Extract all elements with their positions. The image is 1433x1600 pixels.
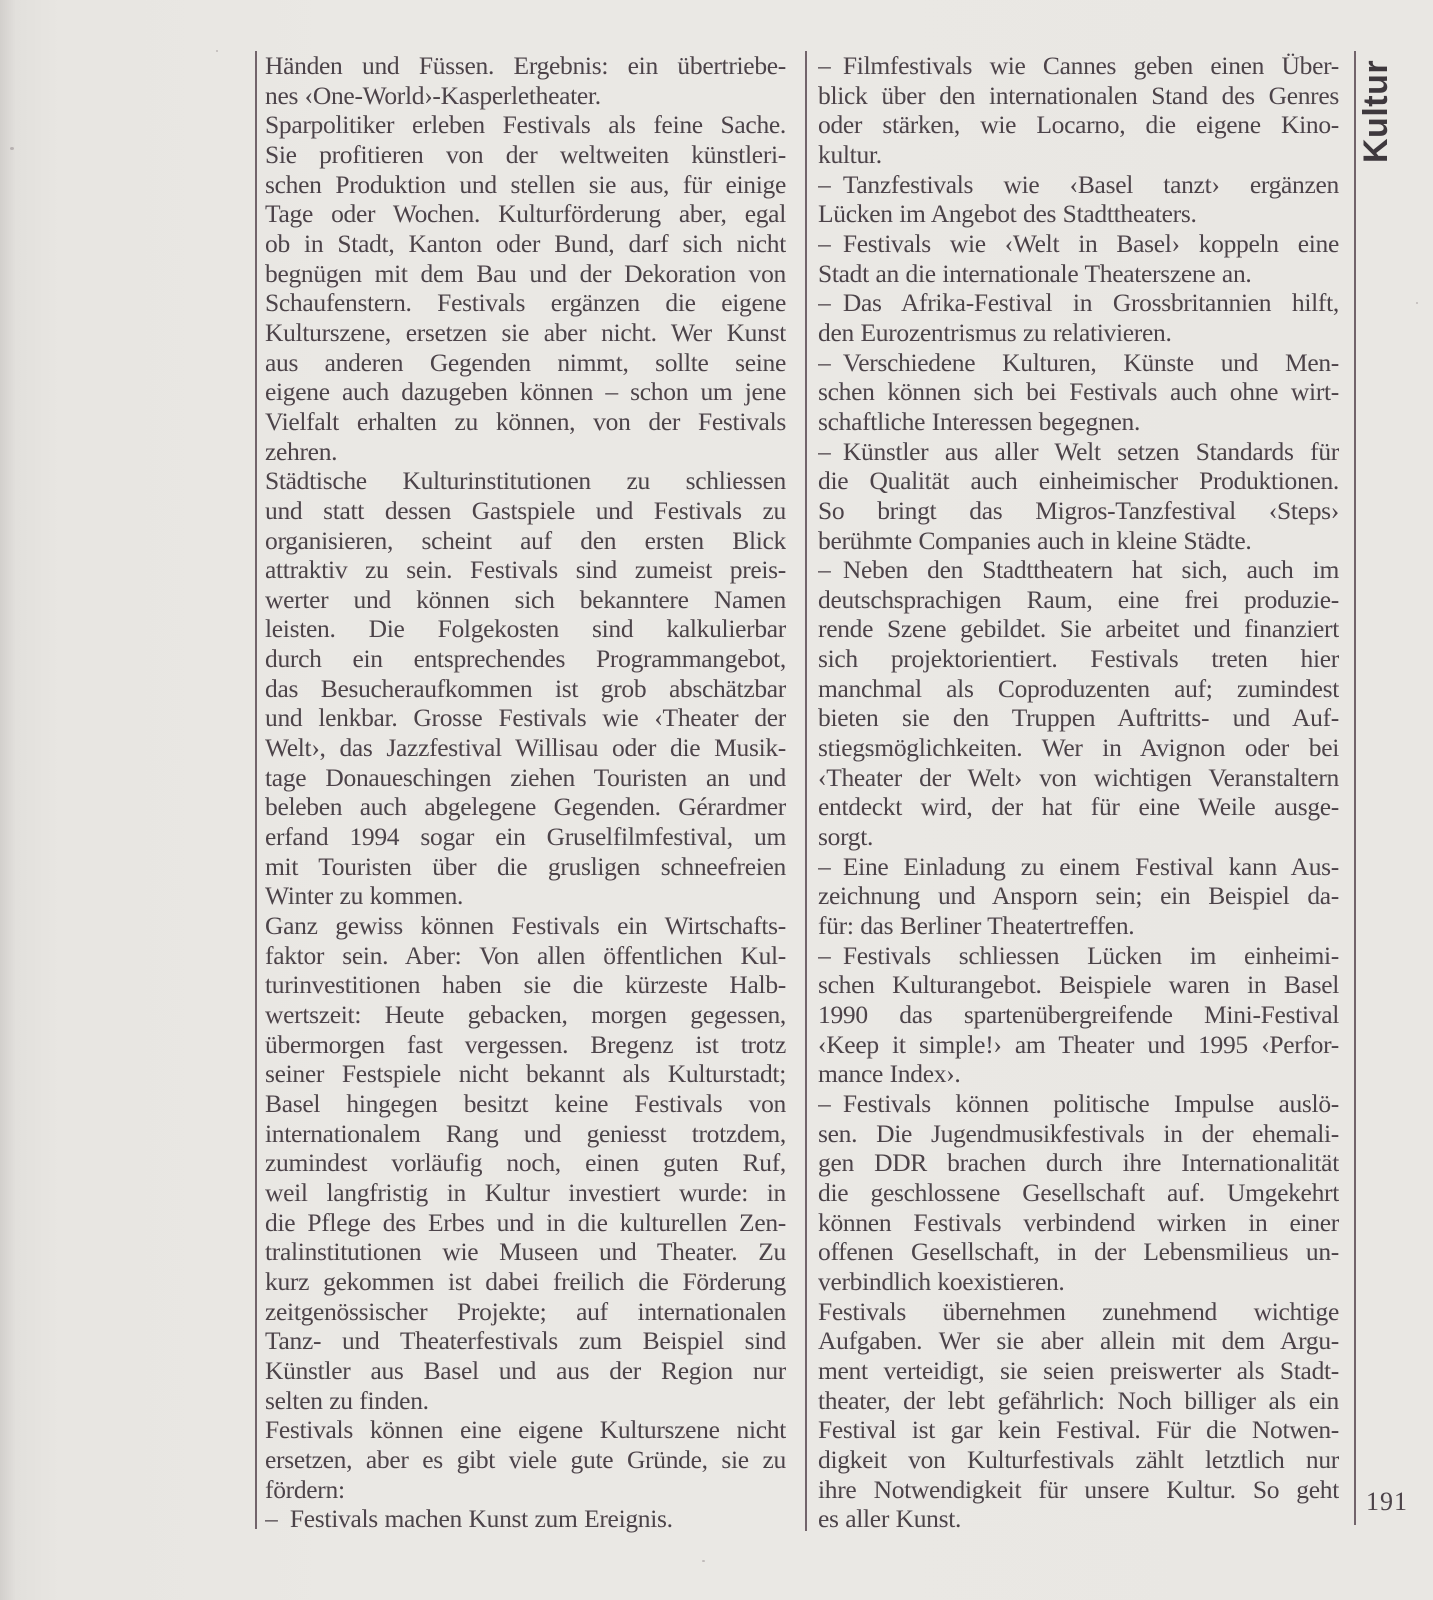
text-line: die Qualität auch einheimischer Produkti…	[818, 466, 1339, 496]
text-line: faktor sein. Aber: Von allen öffentliche…	[265, 941, 786, 971]
text-line: offenen Gesellschaft, in der Lebensmilie…	[818, 1237, 1339, 1267]
text-line: – Tanzfestivals wie ‹Basel tanzt› ergänz…	[818, 170, 1339, 200]
text-line: 1990 das spartenübergreifende Mini-Festi…	[818, 1000, 1339, 1030]
text-line: Basel hingegen besitzt keine Festivals v…	[265, 1089, 786, 1119]
text-line: mit Touristen über die grusligen schneef…	[265, 852, 786, 882]
text-line: internationalem Rang und geniesst trotzd…	[265, 1119, 786, 1149]
text-line: Stadt an die internationale Theaterszene…	[818, 259, 1339, 289]
text-line: das Besucheraufkommen ist grob abschätzb…	[265, 674, 786, 704]
text-line: gen DDR brachen durch ihre International…	[818, 1148, 1339, 1178]
scan-speck	[1416, 302, 1418, 304]
text-line: oder stärken, wie Locarno, die eigene Ki…	[818, 110, 1339, 140]
text-line: Festival ist gar kein Festival. Für die …	[818, 1415, 1339, 1445]
text-line: entdeckt wird, der hat für eine Weile au…	[818, 792, 1339, 822]
text-line: kultur.	[818, 140, 1339, 170]
text-line: turinvestitionen haben sie die kürzeste …	[265, 970, 786, 1000]
text-line: begnügen mit dem Bau und der Dekoration …	[265, 259, 786, 289]
text-line: – Festivals wie ‹Welt in Basel› koppeln …	[818, 229, 1339, 259]
text-line: Welt›, das Jazzfestival Willisau oder di…	[265, 733, 786, 763]
text-line: theater, der lebt gefährlich: Noch billi…	[818, 1386, 1339, 1416]
text-line: Lücken im Angebot des Stadttheaters.	[818, 199, 1339, 229]
text-line: für: das Berliner Theatertreffen.	[818, 911, 1339, 941]
text-line: Vielfalt erhalten zu können, von der Fes…	[265, 407, 786, 437]
text-line: Händen und Füssen. Ergebnis: ein übertri…	[265, 51, 786, 81]
text-line: mance Index›.	[818, 1059, 1339, 1089]
column-rule-left	[255, 51, 257, 1529]
text-line: ‹Keep it simple!› am Theater und 1995 ‹P…	[818, 1030, 1339, 1060]
text-line: Ganz gewiss können Festivals ein Wirtsch…	[265, 911, 786, 941]
text-line: – Künstler aus aller Welt setzen Standar…	[818, 437, 1339, 467]
text-line: – Verschiedene Kulturen, Künste und Men-	[818, 348, 1339, 378]
text-line: attraktiv zu sein. Festivals sind zumeis…	[265, 555, 786, 585]
text-line: – Neben den Stadttheatern hat sich, auch…	[818, 555, 1339, 585]
text-line: Festivals übernehmen zunehmend wichtige	[818, 1297, 1339, 1327]
text-line: selten zu finden.	[265, 1386, 786, 1416]
text-line: – Festivals machen Kunst zum Ereignis.	[265, 1504, 786, 1534]
text-line: rende Szene gebildet. Sie arbeitet und f…	[818, 614, 1339, 644]
text-line: eigene auch dazugeben können – schon um …	[265, 377, 786, 407]
text-line: schen Produktion und stellen sie aus, fü…	[265, 170, 786, 200]
scan-speck	[216, 50, 218, 52]
page-number: 191	[1366, 1487, 1408, 1517]
text-line: berühmte Companies auch in kleine Städte…	[818, 526, 1339, 556]
text-line: sich projektorientiert. Festivals treten…	[818, 644, 1339, 674]
text-line: tage Donaueschingen ziehen Touristen an …	[265, 763, 786, 793]
text-column-right: – Filmfestivals wie Cannes geben einen Ü…	[818, 51, 1339, 1534]
text-line: durch ein entsprechendes Programmangebot…	[265, 644, 786, 674]
scan-speck	[10, 147, 14, 150]
text-line: aus anderen Gegenden nimmt, sollte seine	[265, 348, 786, 378]
text-line: – Das Afrika-Festival in Grossbritannien…	[818, 288, 1339, 318]
text-line: übermorgen fast vergessen. Bregenz ist t…	[265, 1030, 786, 1060]
text-line: können Festivals verbindend wirken in ei…	[818, 1208, 1339, 1238]
text-line: manchmal als Coproduzenten auf; zumindes…	[818, 674, 1339, 704]
text-line: die geschlossene Gesellschaft auf. Umgek…	[818, 1178, 1339, 1208]
text-line: zumindest vorläufig noch, einen guten Ru…	[265, 1148, 786, 1178]
text-line: Sparpolitiker erleben Festivals als fein…	[265, 110, 786, 140]
text-line: bieten sie den Truppen Auftritts- und Au…	[818, 703, 1339, 733]
text-line: den Eurozentrismus zu relativieren.	[818, 318, 1339, 348]
text-line: sorgt.	[818, 822, 1339, 852]
text-line: zehren.	[265, 437, 786, 467]
text-line: organisieren, scheint auf den ersten Bli…	[265, 526, 786, 556]
text-line: verbindlich koexistieren.	[818, 1267, 1339, 1297]
text-line: deutschsprachigen Raum, eine frei produz…	[818, 585, 1339, 615]
text-line: – Festivals können politische Impulse au…	[818, 1089, 1339, 1119]
text-line: schen Kulturangebot. Beispiele waren in …	[818, 970, 1339, 1000]
column-rule-middle	[805, 51, 807, 1531]
text-line: Tanz- und Theaterfestivals zum Beispiel …	[265, 1326, 786, 1356]
text-line: tralinstitutionen wie Museen und Theater…	[265, 1237, 786, 1267]
text-line: Künstler aus Basel und aus der Region nu…	[265, 1356, 786, 1386]
text-line: werter und können sich bekanntere Namen	[265, 585, 786, 615]
text-line: So bringt das Migros-Tanzfestival ‹Steps…	[818, 496, 1339, 526]
text-line: zeichnung und Ansporn sein; ein Beispiel…	[818, 881, 1339, 911]
text-line: seiner Festspiele nicht bekannt als Kult…	[265, 1059, 786, 1089]
text-line: – Eine Einladung zu einem Festival kann …	[818, 852, 1339, 882]
sidebar-rule	[1354, 51, 1356, 1525]
text-line: Städtische Kulturinstitutionen zu schlie…	[265, 466, 786, 496]
text-line: Sie profitieren von der weltweiten künst…	[265, 140, 786, 170]
text-line: es aller Kunst.	[818, 1504, 1339, 1534]
text-line: und statt dessen Gastspiele und Festival…	[265, 496, 786, 526]
scan-speck	[702, 1560, 705, 1562]
text-line: ment verteidigt, sie seien preiswerter a…	[818, 1356, 1339, 1386]
text-line: ‹Theater der Welt› von wichtigen Veranst…	[818, 763, 1339, 793]
text-line: kurz gekommen ist dabei freilich die För…	[265, 1267, 786, 1297]
text-line: wertszeit: Heute gebacken, morgen gegess…	[265, 1000, 786, 1030]
text-line: – Festivals schliessen Lücken im einheim…	[818, 941, 1339, 971]
text-line: Aufgaben. Wer sie aber allein mit dem Ar…	[818, 1326, 1339, 1356]
text-line: Tage oder Wochen. Kulturförderung aber, …	[265, 199, 786, 229]
text-line: zeitgenössischer Projekte; auf internati…	[265, 1297, 786, 1327]
text-line: Kulturszene, ersetzen sie aber nicht. We…	[265, 318, 786, 348]
text-line: – Filmfestivals wie Cannes geben einen Ü…	[818, 51, 1339, 81]
text-line: stiegsmöglichkeiten. Wer in Avignon oder…	[818, 733, 1339, 763]
text-line: digkeit von Kulturfestivals zählt letztl…	[818, 1445, 1339, 1475]
text-line: und lenkbar. Grosse Festivals wie ‹Theat…	[265, 703, 786, 733]
text-line: Winter zu kommen.	[265, 881, 786, 911]
text-line: nes ‹One-World›-Kasperletheater.	[265, 81, 786, 111]
text-line: blick über den internationalen Stand des…	[818, 81, 1339, 111]
section-label-kultur: Kultur	[1357, 60, 1396, 163]
text-line: schaftliche Interessen begegnen.	[818, 407, 1339, 437]
text-line: fördern:	[265, 1475, 786, 1505]
text-line: ersetzen, aber es gibt viele gute Gründe…	[265, 1445, 786, 1475]
text-line: Schaufenstern. Festivals ergänzen die ei…	[265, 288, 786, 318]
text-line: die Pflege des Erbes und in die kulturel…	[265, 1208, 786, 1238]
text-line: ob in Stadt, Kanton oder Bund, darf sich…	[265, 229, 786, 259]
text-line: weil langfristig in Kultur investiert wu…	[265, 1178, 786, 1208]
text-line: Festivals können eine eigene Kulturszene…	[265, 1415, 786, 1445]
text-line: leisten. Die Folgekosten sind kalkulierb…	[265, 614, 786, 644]
text-line: erfand 1994 sogar ein Gruselfilmfestival…	[265, 822, 786, 852]
text-line: sen. Die Jugendmusikfestivals in der ehe…	[818, 1119, 1339, 1149]
text-line: beleben auch abgelegene Gegenden. Gérard…	[265, 792, 786, 822]
text-column-left: Händen und Füssen. Ergebnis: ein übertri…	[265, 51, 786, 1534]
text-line: schen können sich bei Festivals auch ohn…	[818, 377, 1339, 407]
magazine-page: Händen und Füssen. Ergebnis: ein übertri…	[0, 0, 1433, 1600]
text-line: ihre Notwendigkeit für unsere Kultur. So…	[818, 1475, 1339, 1505]
